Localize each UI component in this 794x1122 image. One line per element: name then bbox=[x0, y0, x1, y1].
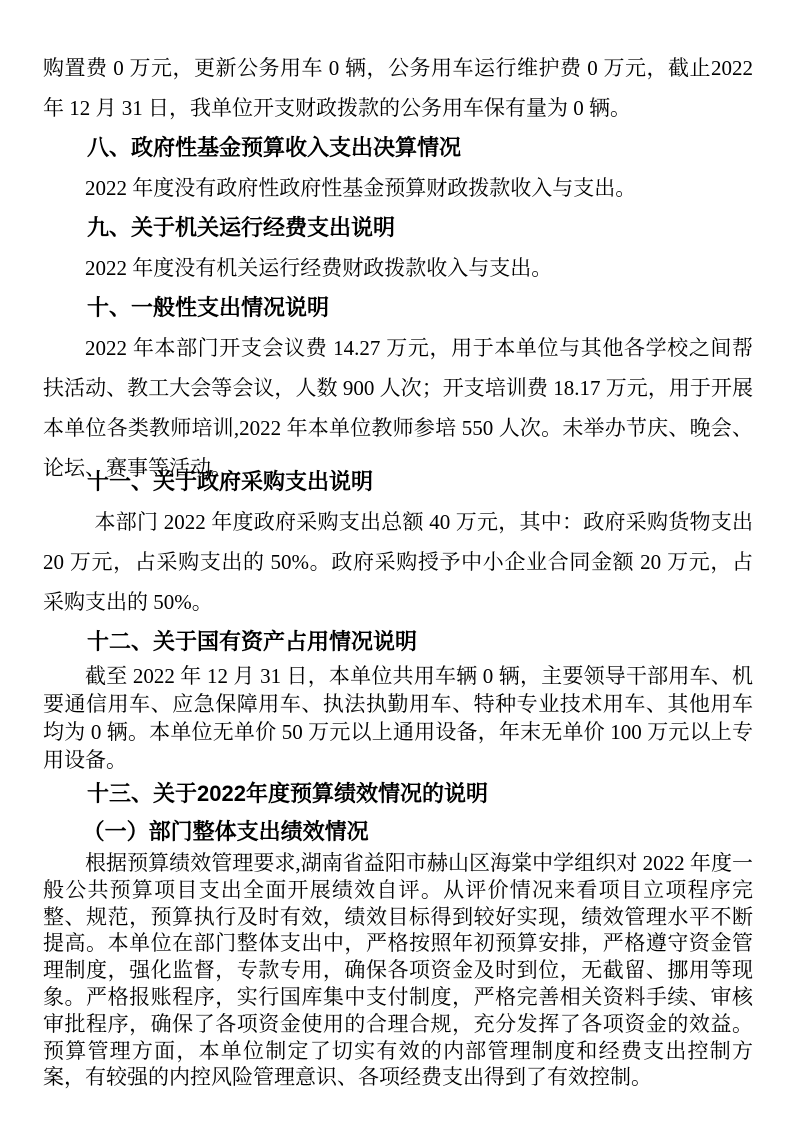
paragraph-section-12: 截至 2022 年 12 月 31 日，本单位共用车辆 0 辆，主要领导干部用车… bbox=[43, 662, 753, 774]
paragraph-section-8: 2022 年度没有政府性政府性基金预算财政拨款收入与支出。 bbox=[43, 168, 753, 208]
heading-section-12-state-owned-assets: 十二、关于国有资产占用情况说明 bbox=[43, 622, 753, 662]
heading-section-11-gov-procurement: 十一、关于政府采购支出说明 bbox=[43, 462, 753, 502]
paragraph-section-10: 2022 年本部门开支会议费 14.27 万元，用于本单位与其他各学校之间帮扶活… bbox=[43, 328, 753, 448]
paragraph-official-vehicle-continuation: 购置费 0 万元，更新公务用车 0 辆，公务用车运行维护费 0 万元，截止202… bbox=[43, 48, 753, 128]
subheading-department-overall-performance: （一）部门整体支出绩效情况 bbox=[43, 814, 753, 850]
heading-section-8-gov-fund-budget: 八、政府性基金预算收入支出决算情况 bbox=[43, 128, 753, 168]
document-page: 购置费 0 万元，更新公务用车 0 辆，公务用车运行维护费 0 万元，截止202… bbox=[0, 0, 794, 1122]
heading-section-9-agency-operating-costs: 九、关于机关运行经费支出说明 bbox=[43, 208, 753, 248]
heading-section-13-budget-performance: 十三、关于2022年度预算绩效情况的说明 bbox=[43, 774, 753, 814]
heading-section-10-general-expenditure: 十、一般性支出情况说明 bbox=[43, 288, 753, 328]
paragraph-section-9: 2022 年度没有机关运行经费财政拨款收入与支出。 bbox=[43, 248, 753, 288]
paragraph-section-13-performance: 根据预算绩效管理要求,湖南省益阳市赫山区海棠中学组织对 2022 年度一般公共预… bbox=[43, 850, 753, 1091]
paragraph-section-11: 本部门 2022 年度政府采购支出总额 40 万元，其中：政府采购货物支出 20… bbox=[43, 502, 753, 622]
